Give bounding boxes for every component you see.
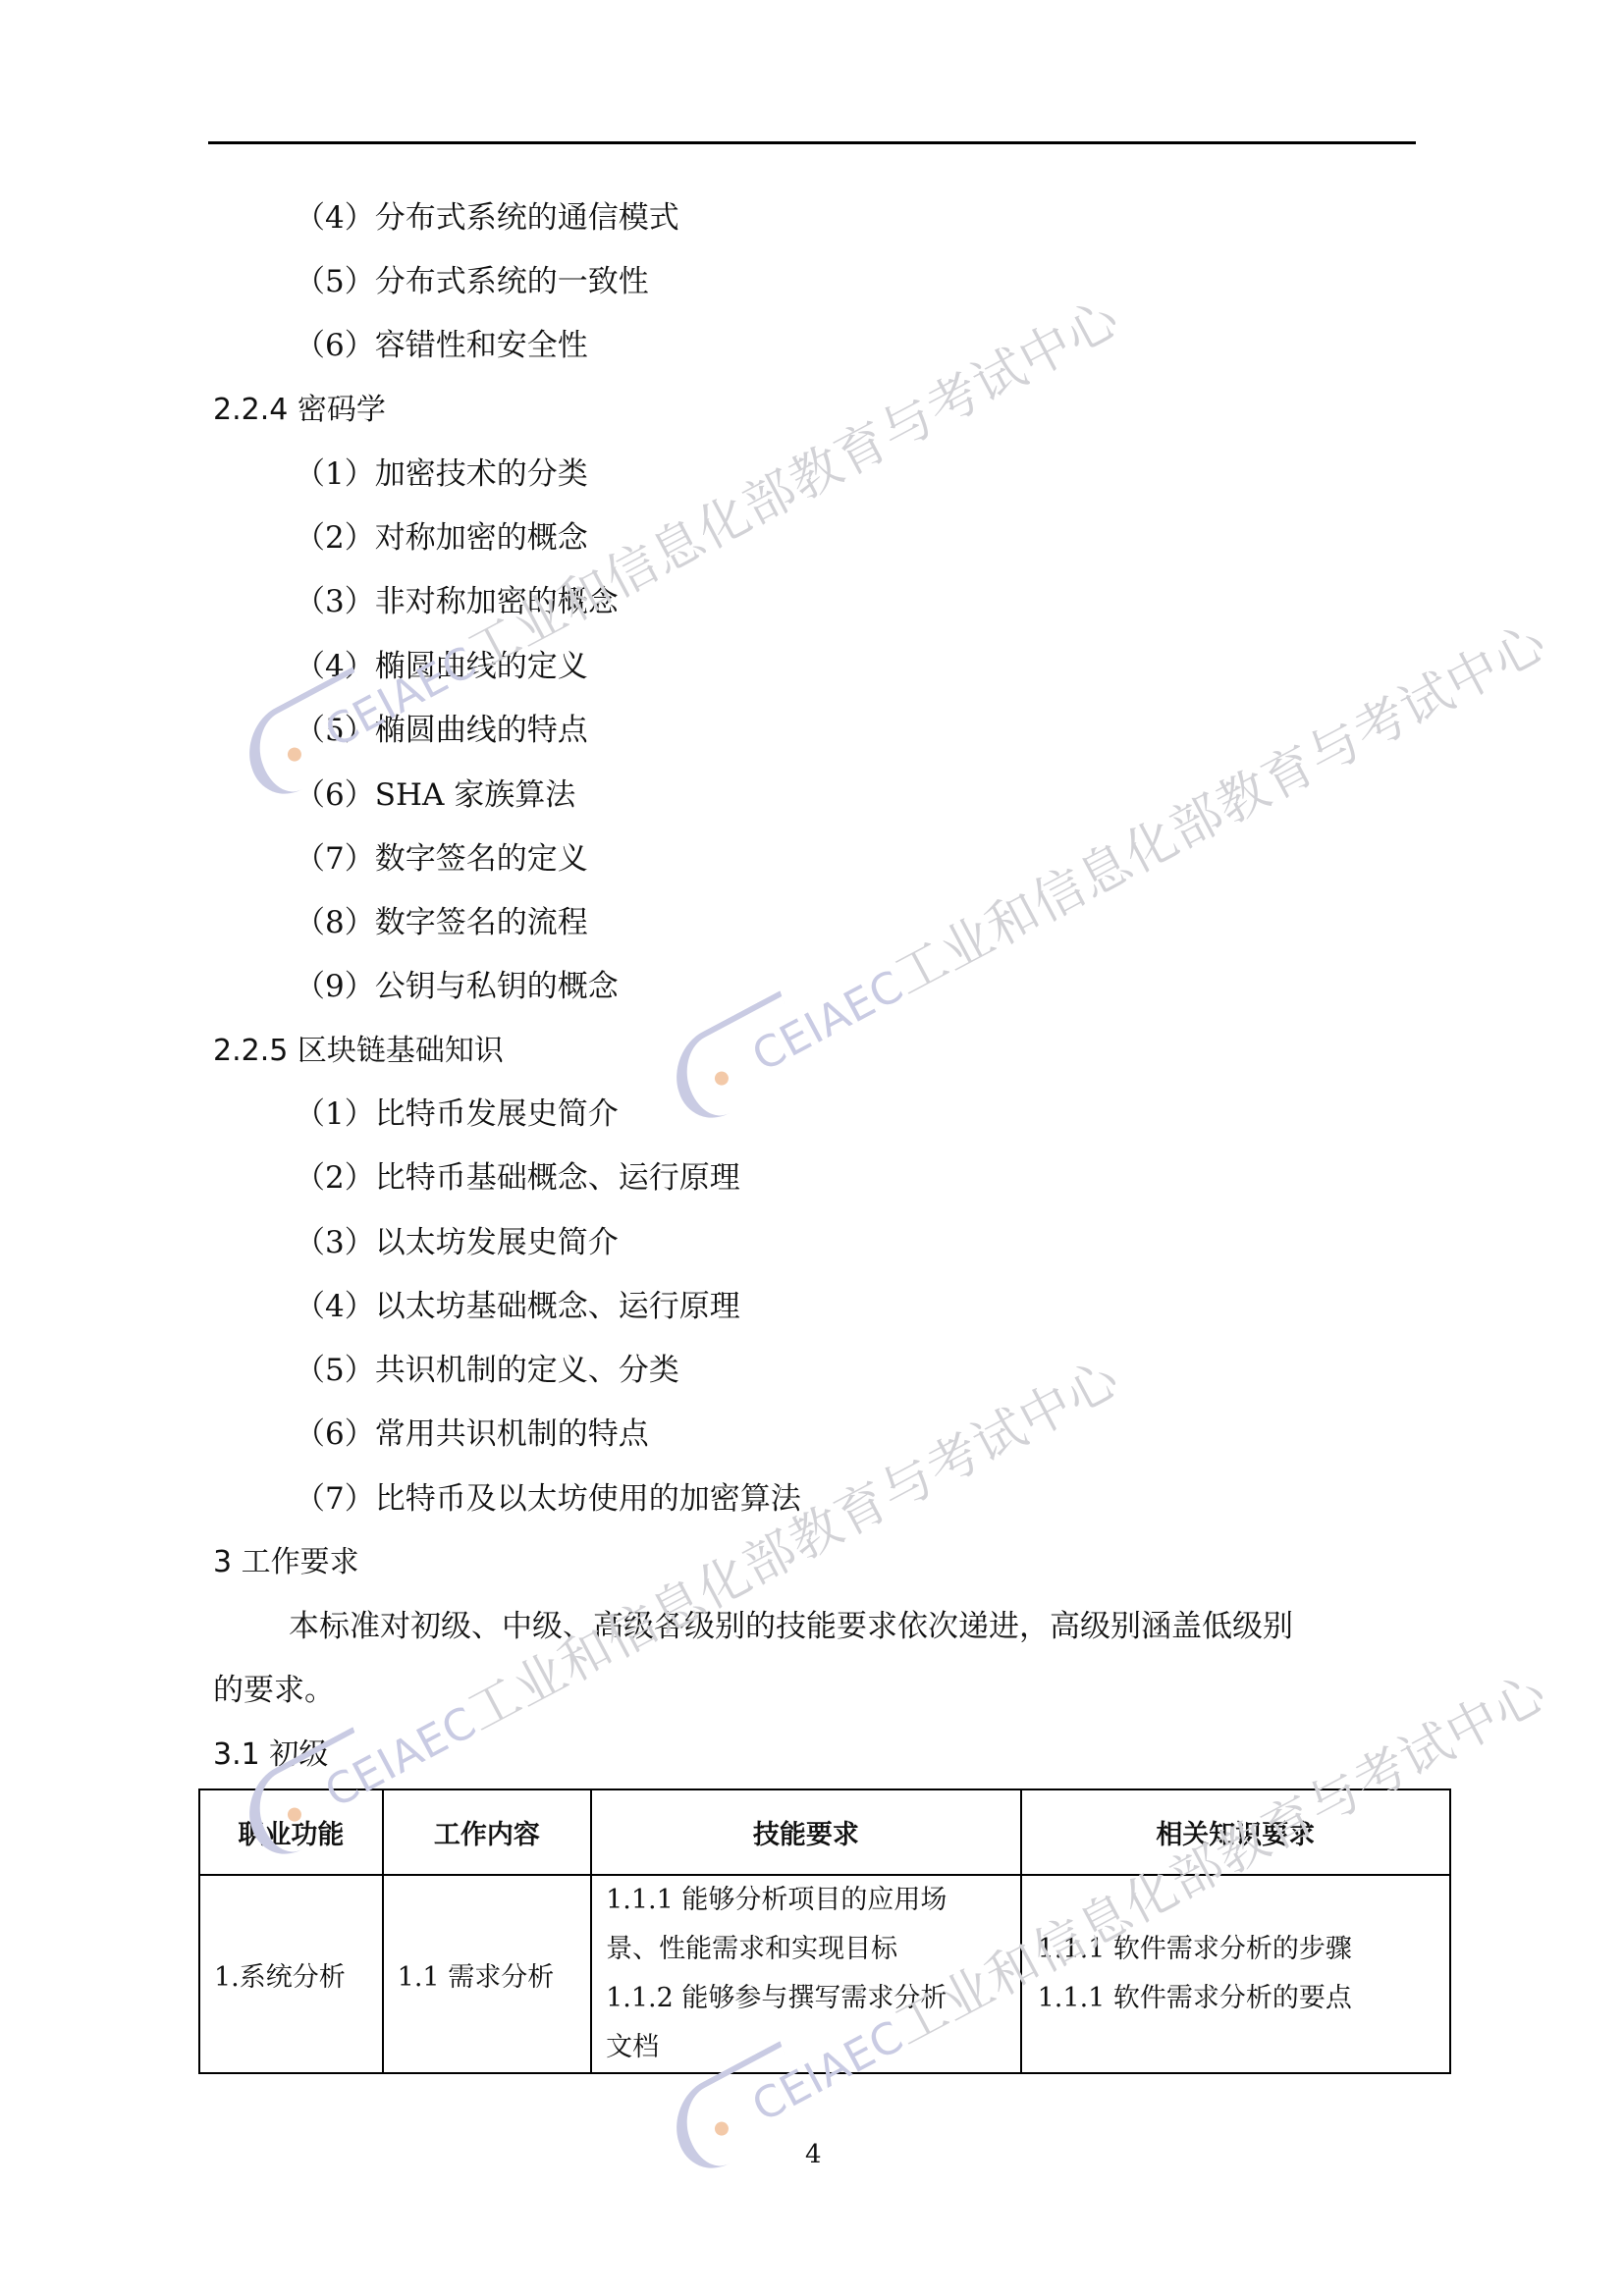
knowledge-line: 1.1.1 软件需求分析的要点 (1038, 1974, 1449, 2023)
list-item: （6）SHA 家族算法 (295, 774, 575, 817)
list-item: （7）数字签名的定义 (295, 837, 588, 881)
list-item: （3）以太坊发展史简介 (295, 1221, 619, 1264)
header-rule (208, 141, 1416, 144)
section-heading-2-2-4: 2.2.4 密码学 (213, 389, 386, 432)
knowledge-line: 1.1.1 软件需求分析的步骤 (1038, 1925, 1449, 1974)
table-row: 1.系统分析 1.1 需求分析 1.1.1 能够分析项目的应用场 景、性能需求和… (199, 1875, 1450, 2073)
skill-line: 1.1.1 能够分析项目的应用场 (606, 1876, 1020, 1925)
list-item: （1）加密技术的分类 (295, 453, 588, 496)
watermark: CEIAEC工业和信息化部教育与考试中心 (650, 597, 1556, 1129)
cell-function: 1.系统分析 (199, 1875, 383, 2073)
list-item: （2）比特币基础概念、运行原理 (295, 1156, 740, 1200)
column-header: 相关知识要求 (1021, 1789, 1450, 1875)
cell-knowledge: 1.1.1 软件需求分析的步骤 1.1.1 软件需求分析的要点 (1021, 1875, 1450, 2073)
table-header-row: 职业功能 工作内容 技能要求 相关知识要求 (199, 1789, 1450, 1875)
skill-line: 文档 (606, 2023, 1020, 2072)
list-item: （4）分布式系统的通信模式 (295, 196, 679, 240)
page-number: 4 (805, 2140, 822, 2169)
cell-work-content: 1.1 需求分析 (383, 1875, 591, 2073)
ceiaec-logo-icon (650, 1016, 769, 1129)
column-header: 工作内容 (383, 1789, 591, 1875)
list-item: （4）以太坊基础概念、运行原理 (295, 1285, 740, 1328)
list-item: （7）比特币及以太坊使用的加密算法 (295, 1477, 801, 1521)
paragraph-line: 的要求。 (213, 1669, 335, 1712)
ceiaec-logo-icon (650, 2066, 769, 2179)
list-item: （1）比特币发展史简介 (295, 1093, 619, 1136)
list-item: （5）共识机制的定义、分类 (295, 1349, 679, 1392)
section-heading-3: 3 工作要求 (213, 1541, 359, 1584)
list-item: （8）数字签名的流程 (295, 901, 588, 944)
list-item: （5）椭圆曲线的特点 (295, 709, 588, 752)
list-item: （5）分布式系统的一致性 (295, 260, 649, 303)
column-header: 技能要求 (591, 1789, 1021, 1875)
document-page: （4）分布式系统的通信模式 （5）分布式系统的一致性 （6）容错性和安全性 2.… (0, 0, 1624, 2296)
section-heading-3-1: 3.1 初级 (213, 1734, 328, 1777)
list-item: （6）常用共识机制的特点 (295, 1413, 649, 1456)
section-heading-2-2-5: 2.2.5 区块链基础知识 (213, 1030, 504, 1073)
cell-skills: 1.1.1 能够分析项目的应用场 景、性能需求和实现目标 1.1.2 能够参与撰… (591, 1875, 1021, 2073)
column-header: 职业功能 (199, 1789, 383, 1875)
list-item: （2）对称加密的概念 (295, 516, 588, 560)
skill-line: 1.1.2 能够参与撰写需求分析 (606, 1974, 1020, 2023)
skill-line: 景、性能需求和实现目标 (606, 1925, 1020, 1974)
requirements-table: 职业功能 工作内容 技能要求 相关知识要求 1.系统分析 1.1 需求分析 1.… (198, 1789, 1451, 2074)
paragraph-line: 本标准对初级、中级、高级各级别的技能要求依次递进，高级别涵盖低级别 (289, 1605, 1293, 1648)
list-item: （9）公钥与私钥的概念 (295, 965, 619, 1008)
list-item: （3）非对称加密的概念 (295, 580, 619, 623)
list-item: （4）椭圆曲线的定义 (295, 645, 588, 688)
list-item: （6）容错性和安全性 (295, 324, 588, 367)
